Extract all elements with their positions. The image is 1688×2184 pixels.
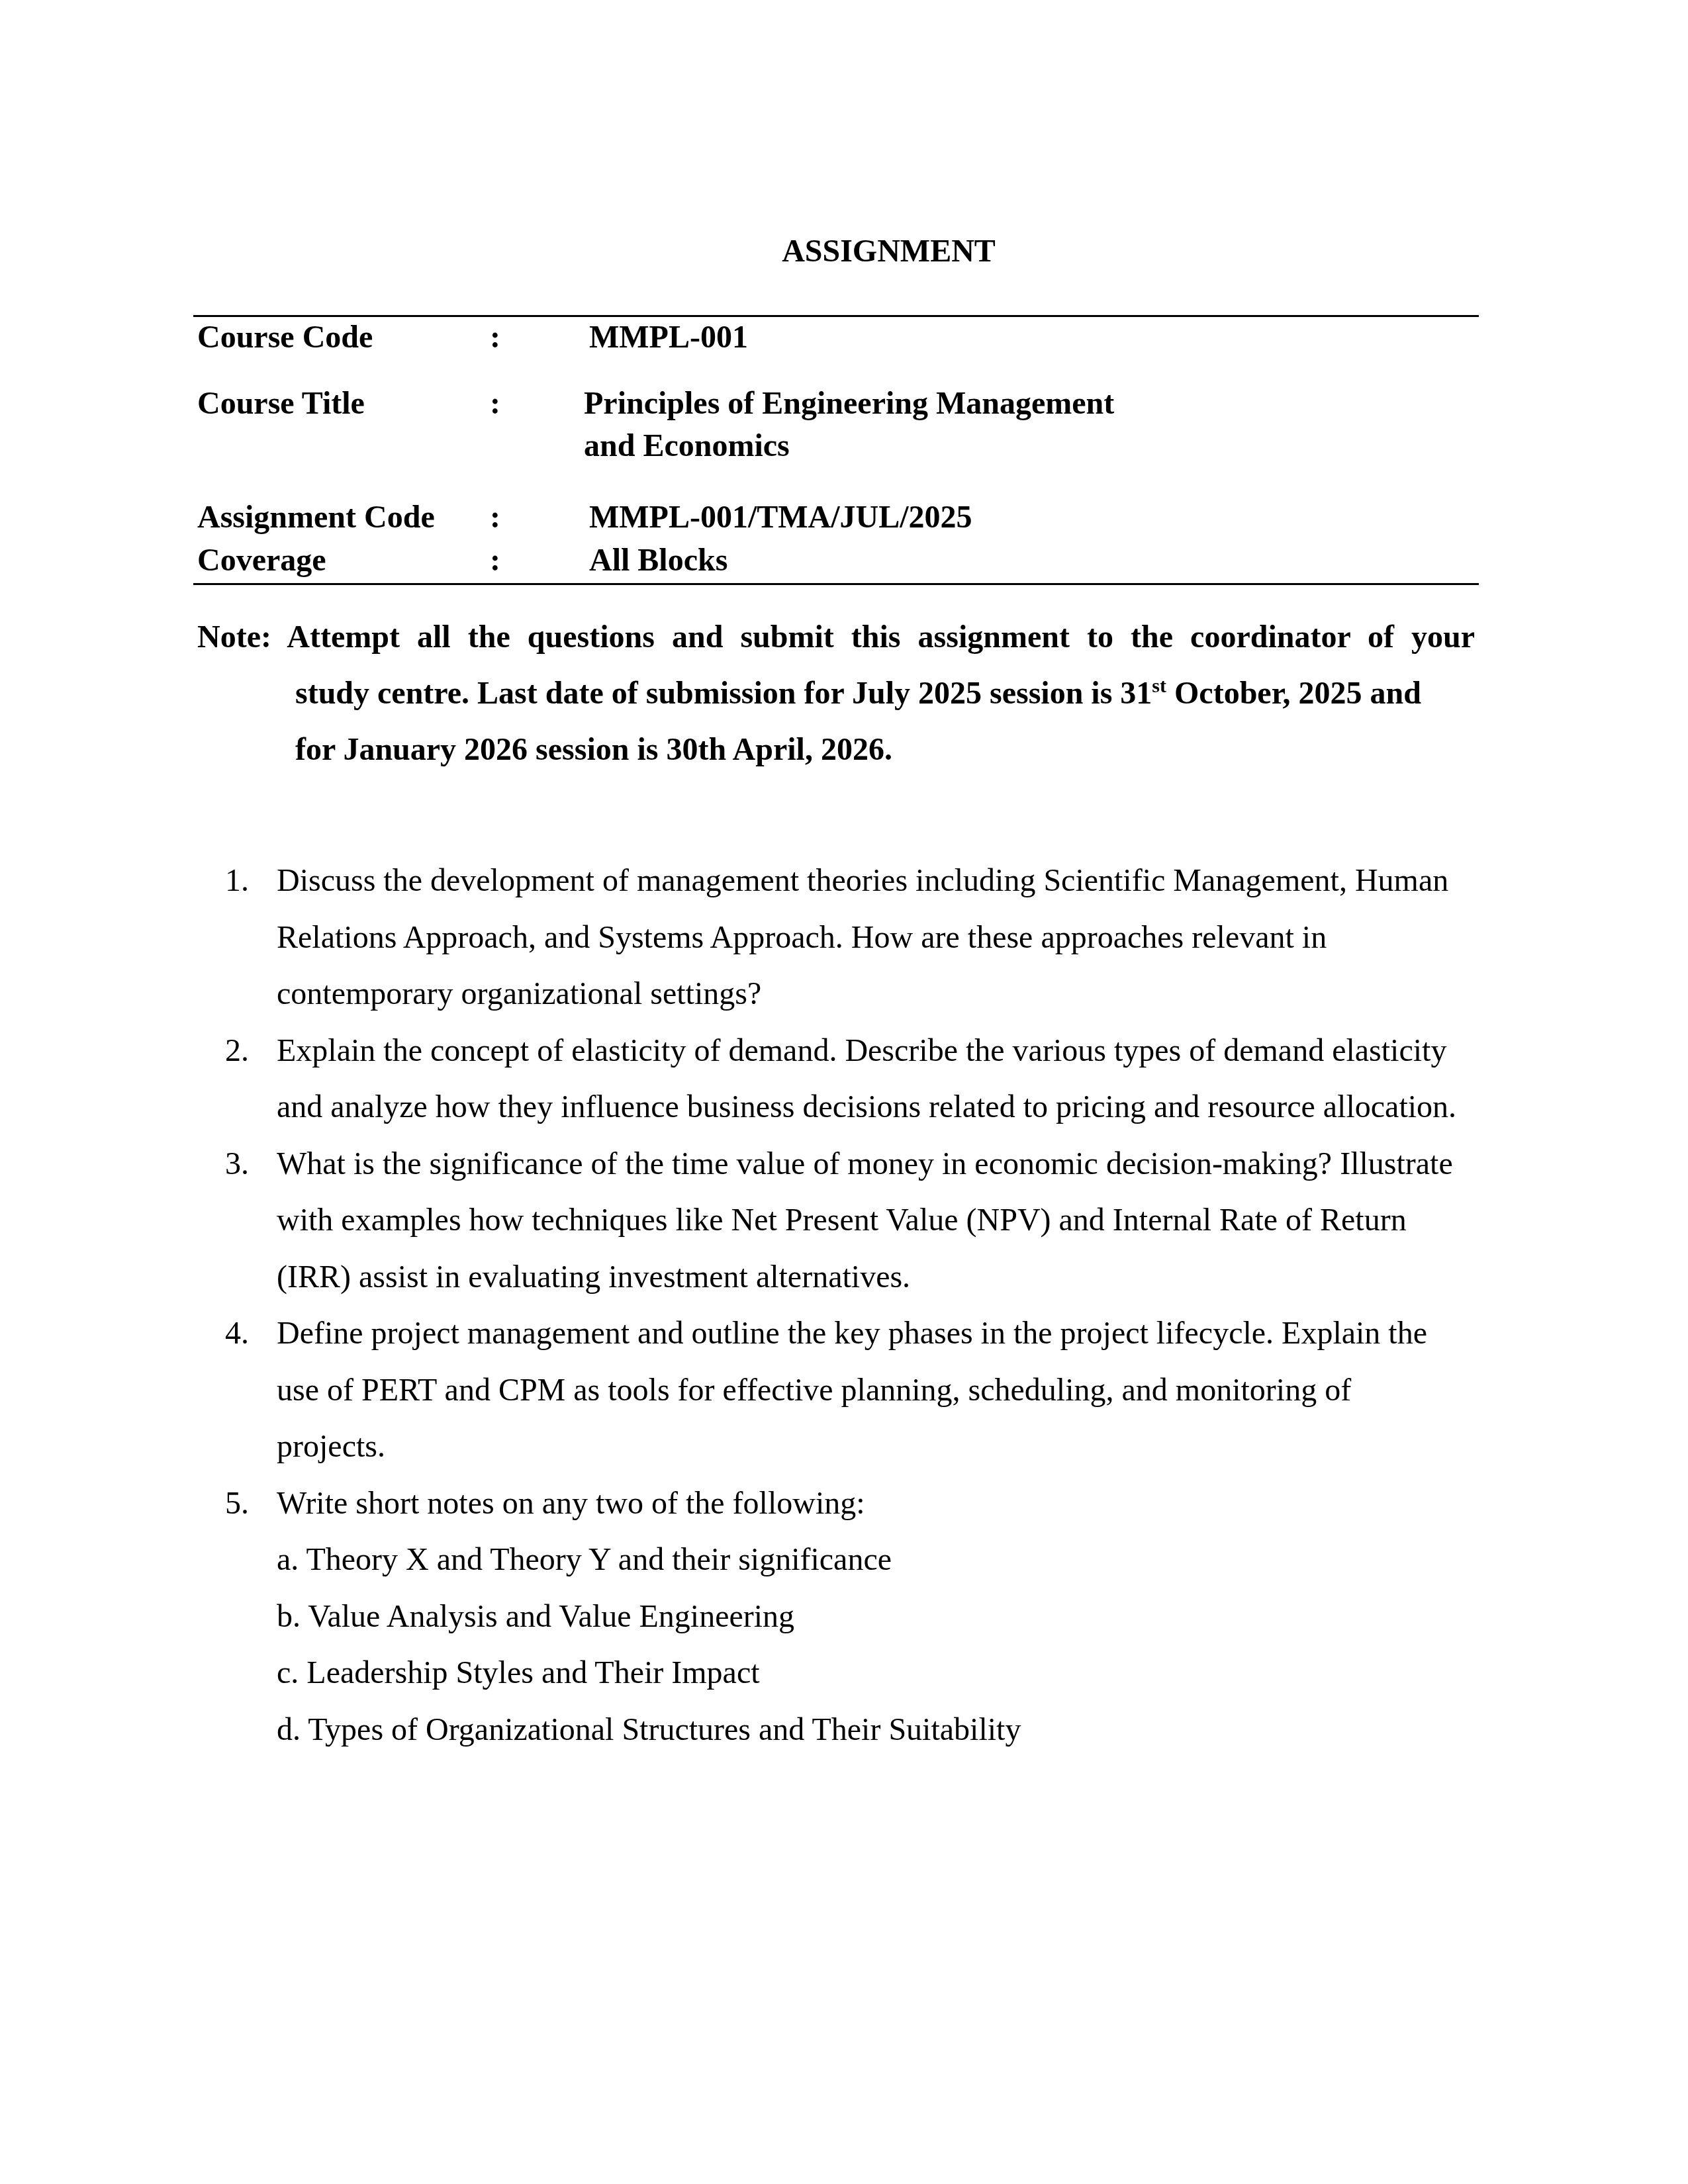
subitem-b: b. Value Analysis and Value Engineering xyxy=(277,1588,1499,1645)
question-4: 4. Define project management and outline… xyxy=(225,1305,1499,1475)
meta-separator: : xyxy=(490,383,500,425)
meta-label: Course Code xyxy=(197,316,373,359)
question-2: 2. Explain the concept of elasticity of … xyxy=(225,1023,1499,1136)
question-5: 5. Write short notes on any two of the f… xyxy=(225,1475,1499,1758)
meta-separator: : xyxy=(490,316,500,359)
submission-note: Note: Attempt all the questions and subm… xyxy=(197,609,1475,778)
meta-value: MMPL-001 xyxy=(589,316,748,359)
subitem-c: c. Leadership Styles and Their Impact xyxy=(277,1645,1499,1702)
question-3: 3. What is the significance of the time … xyxy=(225,1136,1499,1306)
top-rule xyxy=(193,315,1479,317)
meta-label: Coverage xyxy=(197,539,326,582)
question-1: 1. Discuss the development of management… xyxy=(225,852,1499,1023)
document-title: ASSIGNMENT xyxy=(0,233,1688,269)
meta-value: Principles of Engineering Management xyxy=(584,383,1114,425)
meta-label: Assignment Code xyxy=(197,496,435,539)
meta-value: MMPL-001/TMA/JUL/2025 xyxy=(589,496,972,539)
subitem-d: d. Types of Organizational Structures an… xyxy=(277,1702,1499,1758)
meta-label: Course Title xyxy=(197,383,365,425)
meta-value: All Blocks xyxy=(589,539,727,582)
note-line-3: for January 2026 session is 30th April, … xyxy=(197,721,1475,778)
bottom-rule xyxy=(193,583,1479,585)
question-list: 1. Discuss the development of management… xyxy=(225,852,1499,1758)
note-line-1: Note: Attempt all the questions and subm… xyxy=(197,609,1475,665)
subitem-a: a. Theory X and Theory Y and their signi… xyxy=(277,1531,1499,1588)
meta-separator: : xyxy=(490,539,500,582)
note-line-2: study centre. Last date of submission fo… xyxy=(197,665,1475,721)
meta-value-line2: and Economics xyxy=(584,425,790,467)
meta-separator: : xyxy=(490,496,500,539)
